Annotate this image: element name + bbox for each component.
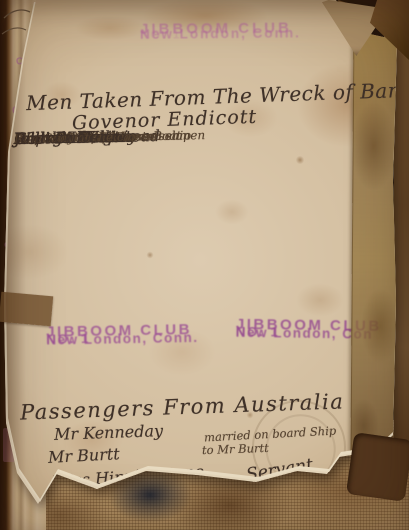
ledger-page: JIBBOOM CLUB NO. 1 New London, Conn. JIB…: [0, 0, 409, 530]
stamp-location: New London, Conn.: [46, 330, 198, 348]
jibboom-club-stamp-left: JIBBOOM CLUB NO. 1 New London, Conn.: [46, 320, 228, 323]
ledger-photo: CL 1 Con LUB onn. JIBBOOM CLUB NO. 1 New…: [0, 0, 409, 530]
leather-fragment-bottom-right: [346, 432, 409, 502]
stamp-location: New London, Conn.: [140, 25, 301, 41]
passenger-name: Mr Burtt: [48, 444, 121, 467]
crew-name: John Culver: [14, 127, 179, 149]
passenger-note: to Mr Burtt: [202, 441, 269, 457]
ledger-page-surface: JIBBOOM CLUB NO. 1 New London, Conn. JIB…: [0, 0, 409, 530]
jibboom-club-stamp-top: JIBBOOM CLUB NO. 1 New London, Conn.: [140, 19, 325, 21]
passenger-name: Miss Hippingstone: [52, 462, 205, 492]
repair-tape-left: [0, 292, 53, 326]
passenger-name: Mr Kenneday: [54, 421, 164, 444]
